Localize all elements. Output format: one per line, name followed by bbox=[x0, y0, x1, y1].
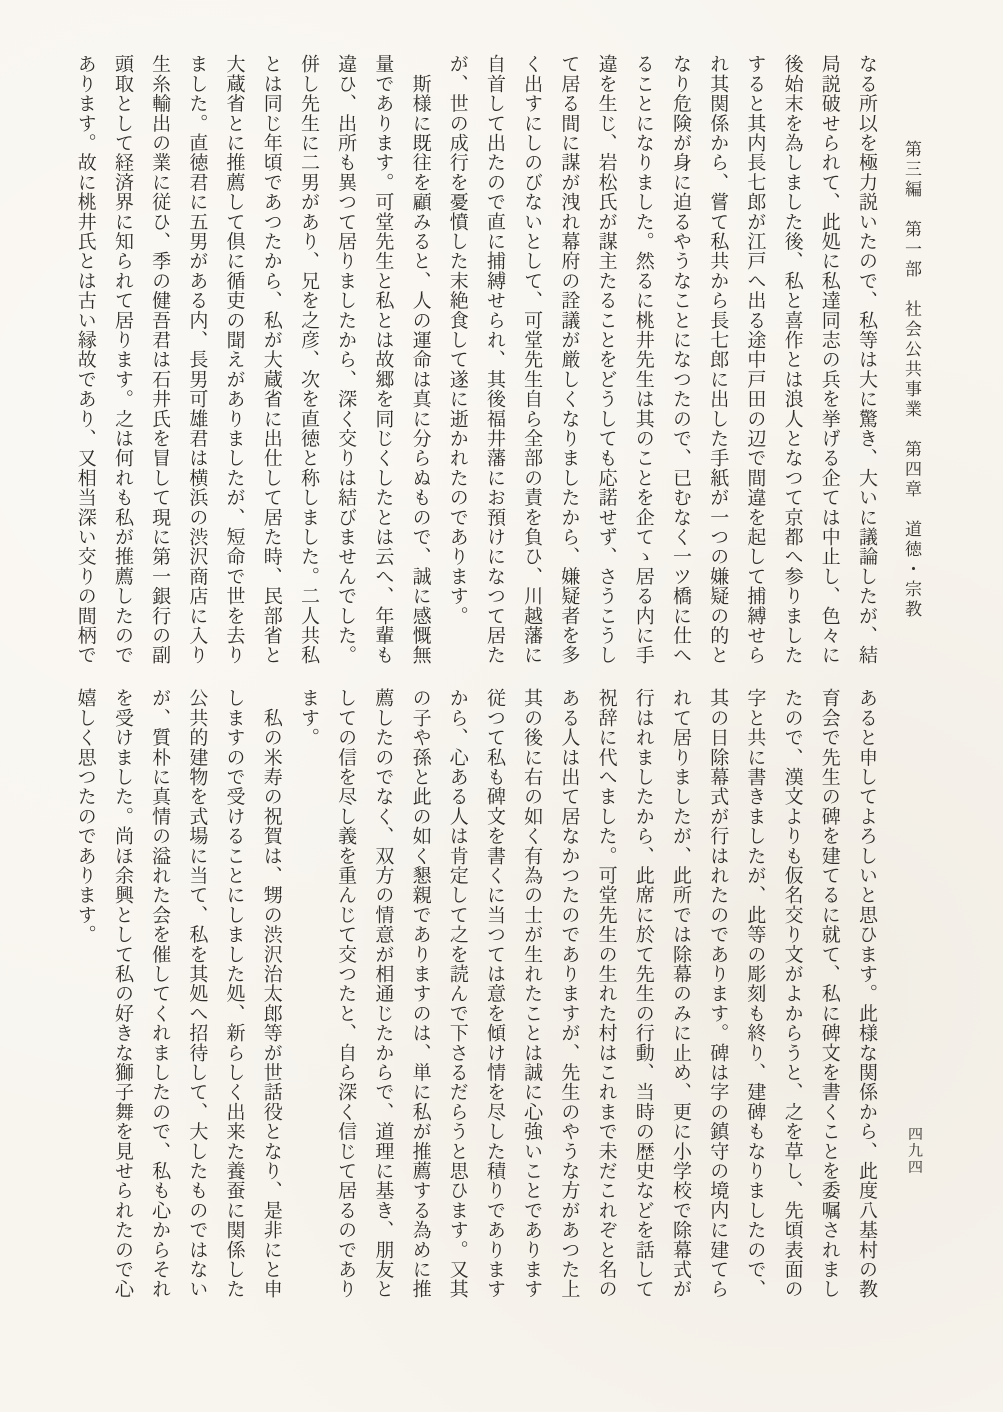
text-column: 公共的建物を式場に当て、私を其処へ招待して、大したものではない bbox=[178, 688, 215, 1301]
text-column: ることになりました。然るに桃井先生は其のことを企てゝ居る内に手 bbox=[625, 54, 662, 667]
text-column: 其の後に右の如く有為の士が生れたことは誠に心強いことであります bbox=[513, 688, 550, 1301]
text-column: 局説破せられて、此処に私達同志の兵を挙げる企ては中止し、色々に bbox=[811, 54, 848, 667]
text-column: 生糸輸出の業に従ひ、季の健吾君は石井氏を冒して現に第一銀行の副 bbox=[141, 54, 178, 667]
text-column: 大蔵省とに推薦して倶に循吏の聞えがありましたが、短命で世を去り bbox=[215, 54, 252, 667]
text-column: 字と共に書きましたが、此等の彫刻も終り、建碑もなりましたので、 bbox=[736, 688, 773, 1301]
text-column: ある人は出て居なかつたのでありますが、先生のやうな方があつた上 bbox=[550, 688, 587, 1301]
text-column: 其の日除幕式が行はれたのであります。碑は字の鎮守の境内に建てら bbox=[699, 688, 736, 1301]
text-column: の子や孫と此の如く懇親でありますのは、単に私が推薦する為めに推 bbox=[401, 688, 438, 1301]
text-column: 自首して出たので直に捕縛せられ、其後福井藩にお預けになつて居た bbox=[476, 54, 513, 667]
text-column: しますので受けることにしました処、新らしく出来た養蚕に関係した bbox=[215, 688, 252, 1301]
text-column: すると其内長七郎が江戸へ出る途中戸田の辺で間違を起して捕縛せら bbox=[736, 54, 773, 667]
text-column: から、心ある人は肯定して之を読んで下さるだらうと思ひます。又其 bbox=[439, 688, 476, 1301]
text-column: 薦したのでなく、双方の情意が相通じたからで、道理に基き、朋友と bbox=[364, 688, 401, 1301]
text-column: が、世の成行を憂憤した末絶食して遂に逝かれたのであります。 bbox=[439, 54, 476, 667]
text-column: れ其関係から、嘗て私共から長七郎に出した手紙が一つの嫌疑の的と bbox=[699, 54, 736, 667]
text-column: を受けました。尚ほ余興として私の好きな獅子舞を見せられたので心 bbox=[104, 688, 141, 1301]
text-column: あります。故に桃井氏とは古い縁故であり、又相当深い交りの間柄で bbox=[67, 54, 104, 667]
text-column: 併し先生に二男があり、兄を之彦、次を直徳と称しました。二人共私 bbox=[290, 54, 327, 667]
text-column: 私の米寿の祝賀は、甥の渋沢治太郎等が世話役となり、是非にと申 bbox=[253, 688, 290, 1301]
text-column: 祝辞に代へました。可堂先生の生れた村はこれまで未だこれぞと名の bbox=[587, 688, 624, 1301]
text-column: 違を生じ、岩松氏が謀主たることをどうしても応諾せず、さうこうし bbox=[587, 54, 624, 667]
text-column: 従つて私も碑文を書くに当つては意を傾け情を尽した積りであります bbox=[476, 688, 513, 1301]
text-column: 育会で先生の碑を建てるに就て、私に碑文を書くことを委嘱されまし bbox=[811, 688, 848, 1301]
text-column: 後始末を為しました後、私と喜作とは浪人となつて京都へ参りました bbox=[773, 54, 810, 667]
chapter-header: 第三編 第一部 社会公共事業 第四章 道徳・宗教 bbox=[899, 140, 924, 620]
text-column: あると申してよろしいと思ひます。此様な関係から、此度八基村の教 bbox=[848, 688, 885, 1301]
text-column: 斯様に既往を顧みると、人の運命は真に分らぬもので、誠に感慨無 bbox=[401, 54, 438, 667]
lower-text-block: あると申してよろしいと思ひます。此様な関係から、此度八基村の教 育会で先生の碑を… bbox=[67, 688, 885, 1301]
text-column: く出すにしのびないとして、可堂先生自ら全部の責を負ひ、川越藩に bbox=[513, 54, 550, 667]
book-page: 第三編 第一部 社会公共事業 第四章 道徳・宗教 なる所以を極力説いたので、私等… bbox=[0, 0, 1003, 1412]
upper-text-block: なる所以を極力説いたので、私等は大に驚き、大いに議論したが、結 局説破せられて、… bbox=[67, 54, 885, 667]
text-column: れて居りましたが、此所では除幕のみに止め、更に小学校で除幕式が bbox=[662, 688, 699, 1301]
text-column: とは同じ年頃であつたから、私が大蔵省に出仕して居た時、民部省と bbox=[253, 54, 290, 667]
text-column: 頭取として経済界に知られて居ります。之は何れも私が推薦したので bbox=[104, 54, 141, 667]
text-column: て居る間に謀が洩れ幕府の詮議が厳しくなりましたから、嫌疑者を多 bbox=[550, 54, 587, 667]
text-column: 違ひ、出所も異つて居りましたから、深く交りは結びませんでした。 bbox=[327, 54, 364, 667]
text-column: ました。直徳君に五男がある内、長男可雄君は横浜の渋沢商店に入り bbox=[178, 54, 215, 667]
text-column: ます。 bbox=[290, 688, 327, 1301]
page-number: 四九四 bbox=[905, 1126, 926, 1176]
text-column: なり危険が身に迫るやうなことになつたので、已むなく一ツ橋に仕へ bbox=[662, 54, 699, 667]
text-column: なる所以を極力説いたので、私等は大に驚き、大いに議論したが、結 bbox=[848, 54, 885, 667]
text-column: 量であります。可堂先生と私とは故郷を同じくしたとは云へ、年輩も bbox=[364, 54, 401, 667]
text-column: 嬉しく思つたのであります。 bbox=[67, 688, 104, 1301]
text-column: が、質朴に真情の溢れた会を催してくれましたので、私も心からそれ bbox=[141, 688, 178, 1301]
text-column: たので、漢文よりも仮名交り文がよからうと、之を草し、先頃表面の bbox=[773, 688, 810, 1301]
text-column: しての信を尽し義を重んじて交つたと、自ら深く信じて居るのであり bbox=[327, 688, 364, 1301]
text-column: 行はれましたから、此席に於て先生の行動、当時の歴史などを話して bbox=[625, 688, 662, 1301]
